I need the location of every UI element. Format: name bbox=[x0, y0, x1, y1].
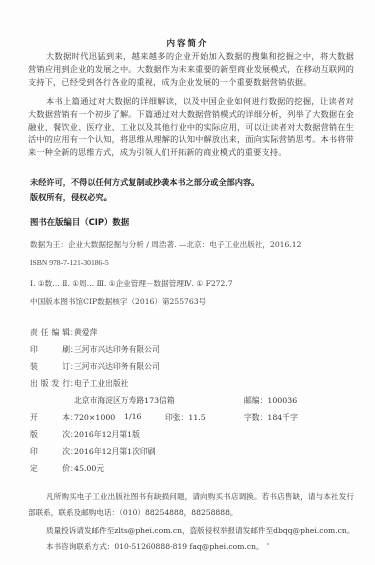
edition-row: 版次：2016年12月第1版 bbox=[30, 429, 140, 441]
binding-label: 装订 bbox=[30, 361, 70, 372]
editor-label: 责任编辑 bbox=[30, 327, 70, 338]
cip-classification: Ⅰ. ①数… Ⅱ. ①周… Ⅲ. ①企业管理－数据管理Ⅳ. ① F272.7 bbox=[30, 278, 233, 289]
postcode-row: 邮编：100036 bbox=[244, 395, 297, 407]
editor-value: 黄爱萍 bbox=[74, 327, 97, 338]
sheets-row: 印张：11.5 bbox=[165, 412, 206, 424]
printing-row: 印刷：三河市兴达印务有限公司 bbox=[30, 344, 160, 356]
format-row: 开本：720×1000 bbox=[30, 412, 115, 424]
edition-value: 2016年12月第1版 bbox=[74, 429, 140, 440]
publisher-label: 出版发行 bbox=[30, 378, 70, 389]
intro-paragraph-1: 大数据时代迅猛到来，越来越多的企业开始加入数据的搜集和挖掘之中，将大数据营销应用… bbox=[28, 50, 354, 88]
printing-value: 三河市兴达印务有限公司 bbox=[74, 344, 160, 355]
sheets-label: 印张 bbox=[165, 413, 181, 422]
postcode-value: 100036 bbox=[267, 396, 297, 405]
paper-speck bbox=[267, 543, 269, 545]
word-count-row: 字数：184千字 bbox=[244, 412, 298, 424]
word-count-label: 字数 bbox=[244, 413, 260, 422]
editor-row: 责任编辑：黄爱萍 bbox=[30, 327, 97, 339]
rights-reserved-notice: 版权所有，侵权必究。 bbox=[30, 192, 112, 203]
contact-line: 本书咨询联系方式：010-51260888-819 faq@phei.com.c… bbox=[46, 541, 264, 552]
cip-isbn: ISBN 978-7-121-30186-5 bbox=[30, 258, 109, 267]
address-row: 北京市海淀区万寿路173信箱 bbox=[74, 395, 175, 407]
price-value: 45.00元 bbox=[74, 463, 104, 474]
intro-paragraph-2: 本书上篇通过对大数据的详细解读，以及中国企业如何进行数据的挖掘，让读者对大数据营… bbox=[28, 95, 354, 159]
printing-label: 印刷 bbox=[30, 344, 70, 355]
price-label: 定价 bbox=[30, 463, 70, 474]
publisher-row: 出版发行：电子工业出版社 bbox=[30, 378, 129, 390]
binding-value: 三河市兴达印务有限公司 bbox=[74, 361, 160, 372]
impression-row: 印次：2016年12月第1次印刷 bbox=[30, 446, 156, 458]
format-fraction: 1/16 bbox=[124, 412, 142, 424]
price-row: 定价：45.00元 bbox=[30, 463, 104, 475]
quality-complaint-line: 质量投诉请发邮件至zlts@phei.com.cn，盗版侵权举报请发邮件至dbq… bbox=[46, 525, 354, 536]
impression-value: 2016年12月第1次印刷 bbox=[74, 446, 156, 457]
impression-label: 印次 bbox=[30, 446, 70, 457]
format-value: 720×1000 bbox=[74, 413, 115, 422]
page-title: 内容简介 bbox=[0, 37, 375, 49]
binding-row: 装订：三河市兴达印务有限公司 bbox=[30, 361, 160, 373]
cip-heading: 图书在版编目（CIP）数据 bbox=[30, 216, 129, 228]
format-label: 开本 bbox=[30, 412, 70, 423]
word-count-value: 184千字 bbox=[267, 413, 297, 422]
cip-record-number: 中国版本图书馆CIP数据核字（2016）第255763号 bbox=[30, 296, 206, 307]
copyright-page: 内容简介 大数据时代迅猛到来，越来越多的企业开始加入数据的搜集和挖掘之中，将大数… bbox=[0, 0, 375, 565]
publisher-value: 电子工业出版社 bbox=[74, 378, 129, 389]
sheets-value: 11.5 bbox=[188, 413, 205, 422]
postcode-label: 邮编 bbox=[244, 396, 260, 405]
edition-label: 版次 bbox=[30, 429, 70, 440]
copyright-notice: 未经许可，不得以任何方式复制或抄袭本书之部分或全部内容。 bbox=[30, 177, 259, 188]
returns-paragraph: 凡所购买电子工业出版社图书有缺损问题，请向购买书店调换。若书店售缺，请与本社发行… bbox=[28, 489, 354, 522]
cip-title-line: 数据为王：企业大数据挖掘与分析 / 周浩著. —北京：电子工业出版社，2016.… bbox=[30, 239, 301, 250]
